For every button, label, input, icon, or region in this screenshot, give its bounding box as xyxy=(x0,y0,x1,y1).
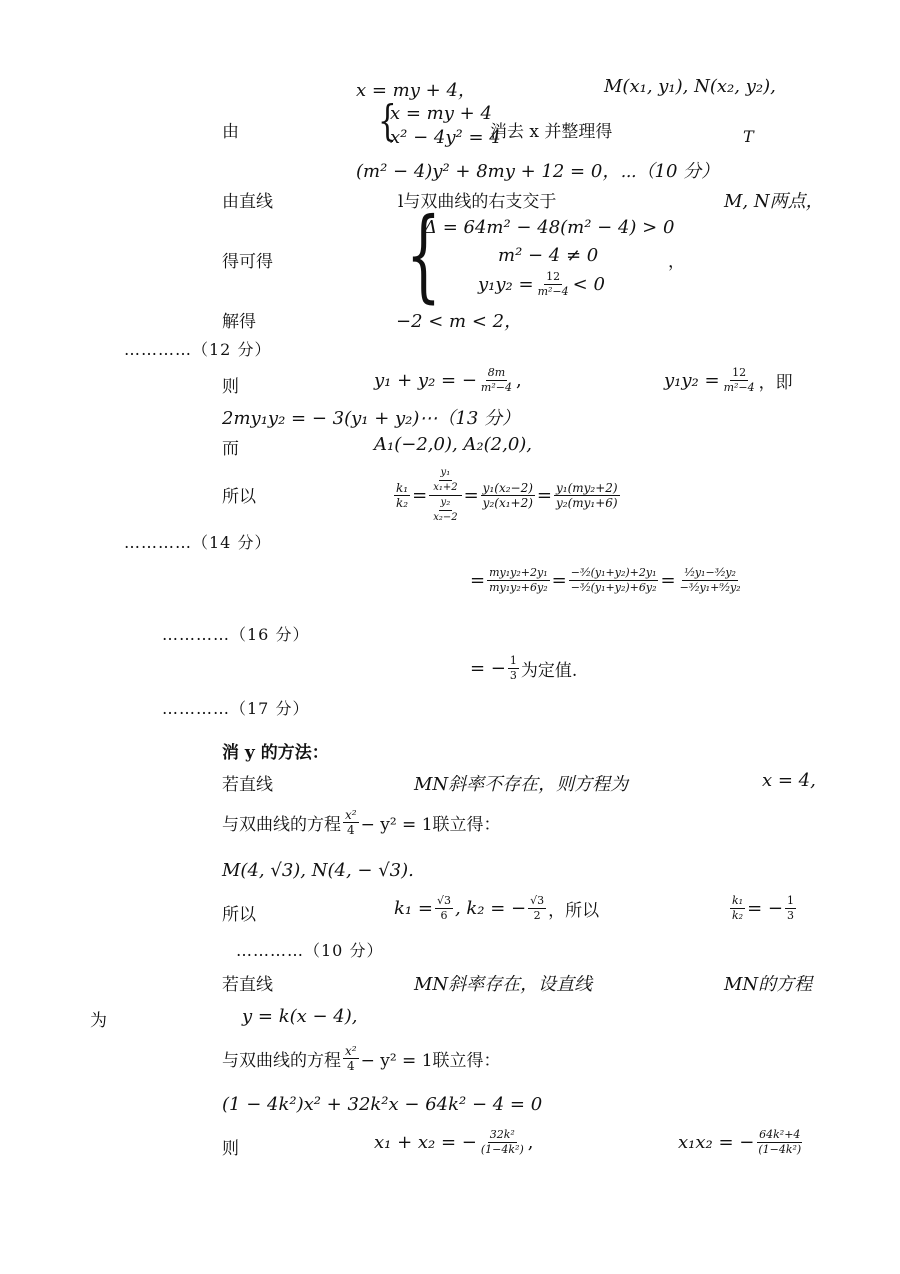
fraction: 12 m²−4 xyxy=(536,270,571,299)
constant-text: 为定值. xyxy=(521,656,577,681)
vertices-a1-a2: A₁(−2,0), A₂(2,0), xyxy=(374,434,532,455)
product-lhs: x₁x₂ = − xyxy=(678,1132,754,1153)
fraction: ¹⁄₂y₁−³⁄₂y₂ −³⁄₂y₁+⁹⁄₂y₂ xyxy=(678,566,743,595)
product-lhs: y₁y₂ = xyxy=(478,274,534,295)
fraction: x² 4 xyxy=(343,1044,359,1073)
slope-ratio-value: k₁ k₂ = − 1 3 xyxy=(728,894,798,923)
system-eq-1: x = my + 4 xyxy=(390,103,492,124)
denominator: 6 xyxy=(438,909,449,923)
product-lhs: y₁y₂ = xyxy=(664,370,720,391)
slope-ratio-eq: k₁ k₂ = y₁x₁+2 y₂x₂−2 = y₁(x₂−2) y₂(x₁+2… xyxy=(392,466,622,525)
label-t: T xyxy=(743,127,754,146)
numerator: x² xyxy=(343,808,359,823)
denominator: 3 xyxy=(785,909,796,923)
equals: = xyxy=(412,485,427,506)
fraction: 32k² (1−4k²) xyxy=(479,1128,526,1157)
product-x: x₁x₂ = − 64k²+4 (1−4k²) xyxy=(678,1128,805,1157)
fraction: 8m m²−4 xyxy=(479,366,514,395)
fraction: k₁ k₂ xyxy=(730,894,745,923)
label-get: 得可得 xyxy=(222,247,273,272)
nd: x₁+2 xyxy=(431,481,459,495)
denominator: 4 xyxy=(345,1059,357,1073)
equals-minus: = − xyxy=(747,898,783,919)
equals: = xyxy=(470,570,485,591)
k-ratio: k₁ k₂ xyxy=(394,481,410,510)
relation-13: 2my₁y₂ = − 3(y₁ + y₂)⋯（13 分） xyxy=(222,404,520,430)
label-then-2: 则 xyxy=(222,1134,239,1159)
denominator: m²−4 xyxy=(479,381,514,395)
dd: x₂−2 xyxy=(431,511,459,525)
numerator: my₁y₂+2y₁ xyxy=(487,566,550,581)
mn-points-text: M, N两点， xyxy=(724,187,824,213)
numerator: 1 xyxy=(508,654,519,669)
points-m-n: M(x₁, y₁), N(x₂, y₂), xyxy=(604,76,776,97)
numerator: √3 xyxy=(435,894,453,909)
numerator: k₁ xyxy=(394,481,410,496)
hyperbola-equation-line-2: 与双曲线的方程 x² 4 − y² = 1联立得： xyxy=(222,1044,501,1073)
equals: = xyxy=(464,485,479,506)
fraction: y₁(x₂−2) y₂(x₁+2) xyxy=(481,481,535,510)
system-eq-2: x² − 4y² = 4 xyxy=(390,127,501,148)
nonzero-condition: m² − 4 ≠ 0 xyxy=(498,245,598,266)
score-16: …………（16 分） xyxy=(162,622,309,645)
line-mn-equation: y = k(x − 4), xyxy=(242,1006,358,1027)
label-solve: 解得 xyxy=(222,307,256,332)
label-line: 由直线 xyxy=(222,187,273,212)
m-range: −2 < m < 2， xyxy=(396,307,522,333)
denominator: (1−4k²) xyxy=(479,1143,526,1157)
sum-lhs: x₁ + x₂ = − xyxy=(374,1132,477,1153)
equation-rest: − y² = 1联立得： xyxy=(361,1046,501,1071)
x-equals-4: x = 4, xyxy=(762,770,816,791)
constant-value: = − 1 3 为定值. xyxy=(470,654,577,683)
denominator: m²−4 xyxy=(722,381,757,395)
fraction: 64k²+4 (1−4k²) xyxy=(756,1128,803,1157)
hyperbola-equation-line: 与双曲线的方程 x² 4 − y² = 1联立得： xyxy=(222,808,501,837)
denominator: y₂(x₁+2) xyxy=(481,496,535,510)
sum-lhs: y₁ + y₂ = − xyxy=(374,370,477,391)
mn-equation-label: MN的方程 xyxy=(724,970,812,996)
numerator: x² xyxy=(343,1044,359,1059)
label-if-line-2: 若直线 xyxy=(222,970,273,995)
equals: = xyxy=(552,570,567,591)
equation-line-x-my4: x = my + 4， xyxy=(356,76,476,102)
fraction: y₁(my₂+2) y₂(my₁+6) xyxy=(554,481,620,510)
k2-lhs: , k₂ = − xyxy=(455,898,526,919)
equals: = xyxy=(660,570,675,591)
nn: y₁ xyxy=(439,466,453,481)
method-title: 消 y 的方法： xyxy=(222,738,329,763)
score-10b: …………（10 分） xyxy=(236,938,383,961)
label-then: 则 xyxy=(222,372,239,397)
denominator: −³⁄₂(y₁+y₂)+6y₂ xyxy=(569,581,659,595)
product-condition: y₁y₂ = 12 m²−4 < 0 xyxy=(478,270,605,299)
equals: = xyxy=(537,485,552,506)
sum-x: x₁ + x₂ = − 32k² (1−4k²) , xyxy=(374,1128,533,1157)
discriminant-condition: Δ = 64m² − 48(m² − 4) > 0 xyxy=(424,217,674,238)
denominator: 3 xyxy=(508,669,519,683)
denominator: −³⁄₂y₁+⁹⁄₂y₂ xyxy=(678,581,743,595)
sum-y: y₁ + y₂ = − 8m m²−4 , xyxy=(374,366,522,395)
numerator: y₁x₁+2 xyxy=(429,466,461,496)
numerator: 8m xyxy=(486,366,507,381)
dn: y₂ xyxy=(439,496,453,511)
compound-fraction: y₁x₁+2 y₂x₂−2 xyxy=(429,466,461,525)
score-17: …………（17 分） xyxy=(162,696,309,719)
denominator: my₁y₂+6y₂ xyxy=(487,581,550,595)
denominator: m²−4 xyxy=(536,285,571,299)
denominator: (1−4k²) xyxy=(756,1143,803,1157)
label-and: 而 xyxy=(222,434,239,459)
k1-lhs: k₁ = xyxy=(394,898,433,919)
comma: ， xyxy=(668,247,685,272)
comma: , xyxy=(528,1132,534,1153)
product-rhs: < 0 xyxy=(573,274,605,295)
fraction: 12 m²−4 xyxy=(722,366,757,395)
label-so: 所以 xyxy=(222,482,256,507)
numerator: ¹⁄₂y₁−³⁄₂y₂ xyxy=(682,566,738,581)
numerator: 32k² xyxy=(488,1128,517,1143)
numerator: −³⁄₂(y₁+y₂)+2y₁ xyxy=(569,566,659,581)
score-12: …………（12 分） xyxy=(124,337,271,360)
fraction: √3 2 xyxy=(528,894,546,923)
label-as: 为 xyxy=(90,1006,107,1031)
fraction: my₁y₂+2y₁ my₁y₂+6y₂ xyxy=(487,566,550,595)
score-14: …………（14 分） xyxy=(124,530,271,553)
fraction: −³⁄₂(y₁+y₂)+2y₁ −³⁄₂(y₁+y₂)+6y₂ xyxy=(569,566,659,595)
numerator: 12 xyxy=(544,270,562,285)
product-y: y₁y₂ = 12 m²−4 ，即 xyxy=(664,366,793,395)
denominator: 2 xyxy=(532,909,543,923)
label-so-2: 所以 xyxy=(222,900,256,925)
text: 与双曲线的方程 xyxy=(222,1046,341,1071)
quadratic-in-x: (1 − 4k²)x² + 32k²x − 64k² − 4 = 0 xyxy=(222,1094,542,1115)
label-if-line: 若直线 xyxy=(222,770,273,795)
numerator: y₁(x₂−2) xyxy=(481,481,535,496)
eliminate-x-text: 消去 x 并整理得 xyxy=(490,117,612,142)
fraction: √3 6 xyxy=(435,894,453,923)
slope-exists: MN斜率存在，设直线 xyxy=(414,970,592,996)
denominator: k₂ xyxy=(730,909,745,923)
numerator: 64k²+4 xyxy=(757,1128,802,1143)
points-m-n-sqrt3: M(4, √3), N(4, − √3). xyxy=(222,860,414,881)
denominator: k₂ xyxy=(394,496,410,510)
fraction: x² 4 xyxy=(343,808,359,837)
label-you: 由 xyxy=(222,117,239,142)
denominator: y₂(my₁+6) xyxy=(554,496,620,510)
numerator: y₁(my₂+2) xyxy=(554,481,620,496)
equation-rest: − y² = 1联立得： xyxy=(361,810,501,835)
comma: , xyxy=(516,370,522,391)
equals-minus: = − xyxy=(470,658,506,679)
numerator: 1 xyxy=(785,894,796,909)
simplification-chain: = my₁y₂+2y₁ my₁y₂+6y₂ = −³⁄₂(y₁+y₂)+2y₁ … xyxy=(470,566,745,595)
fraction: 1 3 xyxy=(785,894,796,923)
quadratic-in-y: (m² − 4)y² + 8my + 12 = 0，⋯（10 分） xyxy=(356,157,719,183)
so-text: ，所以 xyxy=(548,896,599,921)
namely-text: ，即 xyxy=(759,368,793,393)
slopes-k1-k2: k₁ = √3 6 , k₂ = − √3 2 ，所以 xyxy=(394,894,599,923)
text: 与双曲线的方程 xyxy=(222,810,341,835)
numerator: 12 xyxy=(730,366,748,381)
numerator: k₁ xyxy=(730,894,745,909)
numerator: √3 xyxy=(528,894,546,909)
fraction: 1 3 xyxy=(508,654,519,683)
denominator: 4 xyxy=(345,823,357,837)
denominator: y₂x₂−2 xyxy=(429,496,461,525)
slope-not-exist: MN斜率不存在，则方程为 xyxy=(414,770,628,796)
